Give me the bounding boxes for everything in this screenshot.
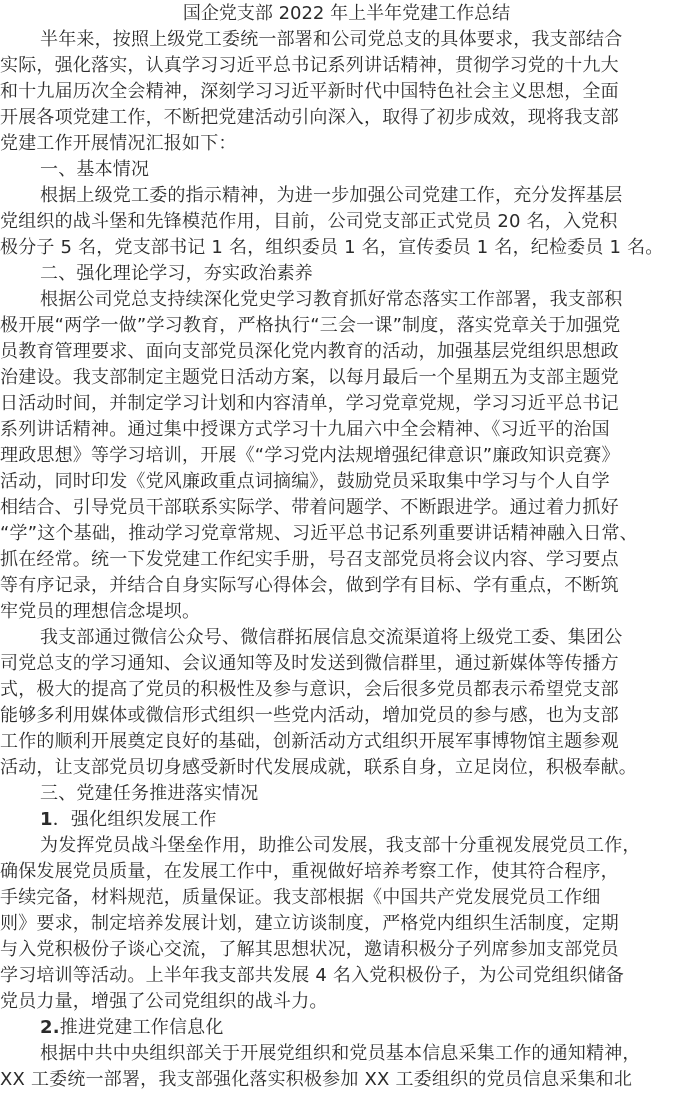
text-line: 系列讲话精神。通过集中授课方式学习十九届六中全会精神、《习近平的治国: [0, 417, 693, 443]
informatization-paragraph: 根据中共中央组织部关于开展党组织和党员基本信息采集工作的通知精神， XX 工委统…: [0, 1041, 693, 1093]
text-line: 和十九届历次全会精神，深刻学习习近平新时代中国特色社会主义思想，全面: [0, 79, 693, 105]
section-heading-basic-situation: 一、基本情况: [0, 157, 693, 183]
text-line: 等有序记录，并结合自身实际写心得体会，做到学有目标、学有重点，不断筑: [0, 573, 693, 599]
text-line: 工作的顺利开展奠定良好的基础，创新活动方式组织开展军事博物馆主题参观: [0, 729, 693, 755]
text-line: 抓在经常。统一下发党建工作纪实手册，号召支部党员将会议内容、学习要点: [0, 547, 693, 573]
text-line: 活动，同时印发《党风廉政重点词摘编》，鼓励党员采取集中学习与个人自学: [0, 469, 693, 495]
subheading-number: 2.: [40, 1017, 60, 1038]
text-line: 则》要求，制定培养发展计划，建立访谈制度，严格党内组织生活制度，定期: [0, 911, 693, 937]
text-line: 相结合、引导党员干部联系实际学、带着问题学、不断跟进学。通过着力抓好: [0, 495, 693, 521]
subheading-informatization: 2.推进党建工作信息化: [0, 1015, 693, 1041]
text-line: 能够多利用媒体或微信形式组织一些党内活动，增加党员的参与感，也为支部: [0, 703, 693, 729]
text-line: XX 工委统一部署，我支部强化落实积极参加 XX 工委组织的党员信息采集和北: [0, 1067, 693, 1093]
text-line: 极分子 5 名，党支部书记 1 名，组织委员 1 名，宣传委员 1 名，纪检委员…: [0, 235, 693, 261]
subheading-organization-development: 1．强化组织发展工作: [0, 807, 693, 833]
text-line: 半年来，按照上级党工委统一部署和公司党总支的具体要求，我支部结合: [0, 27, 693, 53]
text-line: 根据公司党总支持续深化党史学习教育抓好常态落实工作部署，我支部积: [0, 287, 693, 313]
text-line: 学习培训等活动。上半年我支部共发展 4 名入党积极份子，为公司党组织储备: [0, 963, 693, 989]
document-page: 国企党支部 2022 年上半年党建工作总结 半年来，按照上级党工委统一部署和公司…: [0, 0, 693, 1093]
theory-study-paragraph: 根据公司党总支持续深化党史学习教育抓好常态落实工作部署，我支部积 极开展“两学一…: [0, 287, 693, 625]
text-line: 治建设。我支部制定主题党日活动方案，以每月最后一个星期五为支部主题党: [0, 365, 693, 391]
text-line: 手续完备，材料规范，质量保证。我支部根据《中国共产党发展党员工作细: [0, 885, 693, 911]
text-line: 与入党积极份子谈心交流，了解其思想状况，邀请积极分子列席参加支部党员: [0, 937, 693, 963]
text-line: 活动，让支部党员切身感受新时代发展成就，联系自身，立足岗位，积极奉献。: [0, 755, 693, 781]
text-line: 员教育管理要求、面向支部党员深化党内教育的活动，加强基层党组织思想政: [0, 339, 693, 365]
text-line: 党建工作开展情况汇报如下：: [0, 131, 693, 157]
text-line: 极开展“两学一做”学习教育，严格执行“三会一课”制度，落实党章关于加强党: [0, 313, 693, 339]
text-line: 日活动时间，并制定学习计划和内容清单，学习党章党规，学习习近平总书记: [0, 391, 693, 417]
subheading-text: ．强化组织发展工作: [53, 809, 217, 830]
section-heading-theory-study: 二、强化理论学习，夯实政治素养: [0, 261, 693, 287]
wechat-paragraph: 我支部通过微信公众号、微信群拓展信息交流渠道将上级党工委、集团公 司党总支的学习…: [0, 625, 693, 781]
text-line: 为发挥党员战斗堡垒作用，助推公司发展，我支部十分重视发展党员工作，: [0, 833, 693, 859]
text-line: 式，极大的提高了党员的积极性及参与意识，会后很多党员都表示希望党支部: [0, 677, 693, 703]
text-line: “学”这个基础，推动学习党章常规、习近平总书记系列重要讲话精神融入日常、: [0, 521, 693, 547]
intro-paragraph: 半年来，按照上级党工委统一部署和公司党总支的具体要求，我支部结合 实际，强化落实…: [0, 27, 693, 157]
text-line: 根据中共中央组织部关于开展党组织和党员基本信息采集工作的通知精神，: [0, 1041, 693, 1067]
text-line: 根据上级党工委的指示精神，为进一步加强公司党建工作，充分发挥基层: [0, 183, 693, 209]
text-line: 我支部通过微信公众号、微信群拓展信息交流渠道将上级党工委、集团公: [0, 625, 693, 651]
text-line: 确保发展党员质量，在发展工作中，重视做好培养考察工作，使其符合程序，: [0, 859, 693, 885]
text-line: 实际，强化落实，认真学习习近平总书记系列讲话精神，贯彻学习党的十九大: [0, 53, 693, 79]
text-line: 理政思想》等学习培训，开展《“学习党内法规增强纪律意识”廉政知识竞赛》: [0, 443, 693, 469]
basic-situation-paragraph: 根据上级党工委的指示精神，为进一步加强公司党建工作，充分发挥基层 党组织的战斗堡…: [0, 183, 693, 261]
text-line: 开展各项党建工作，不断把党建活动引向深入，取得了初步成效，现将我支部: [0, 105, 693, 131]
subheading-number: 1: [40, 809, 53, 830]
text-line: 牢党员的理想信念堤坝。: [0, 599, 693, 625]
text-line: 司党总支的学习通知、会议通知等及时发送到微信群里，通过新媒体等传播方: [0, 651, 693, 677]
section-heading-task-progress: 三、党建任务推进落实情况: [0, 781, 693, 807]
organization-development-paragraph: 为发挥党员战斗堡垒作用，助推公司发展，我支部十分重视发展党员工作， 确保发展党员…: [0, 833, 693, 1015]
text-line: 党组织的战斗堡和先锋模范作用，目前，公司党支部正式党员 20 名，入党积: [0, 209, 693, 235]
document-title: 国企党支部 2022 年上半年党建工作总结: [0, 0, 693, 27]
text-line: 党员力量，增强了公司党组织的战斗力。: [0, 989, 693, 1015]
subheading-text: 推进党建工作信息化: [60, 1017, 224, 1038]
